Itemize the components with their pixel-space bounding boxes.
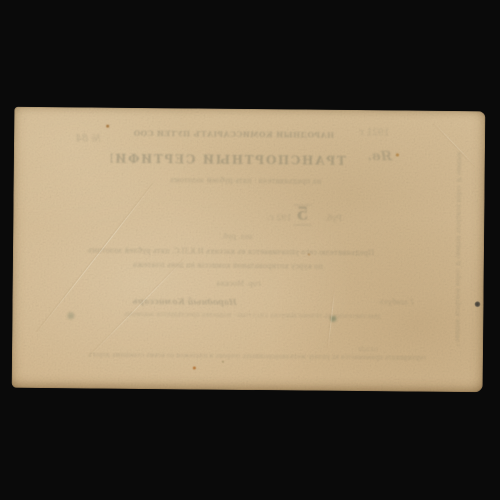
ink-smudge	[67, 312, 74, 319]
photo-stage: № 841921 гЯв.НАРОДНЫЙ КОМИССАРІАТЪ ПУТЕЙ…	[0, 0, 500, 500]
paper-speck	[308, 254, 310, 256]
paper-speck	[396, 153, 399, 156]
pinhole-stain	[474, 301, 480, 307]
crease-line	[434, 123, 476, 167]
paper-speck	[193, 366, 196, 369]
crease-line	[37, 183, 154, 332]
paper-speck	[106, 125, 109, 128]
paper-speck	[222, 361, 224, 363]
artifact-layer	[12, 107, 486, 393]
banknote-paper: № 841921 гЯв.НАРОДНЫЙ КОМИССАРІАТЪ ПУТЕЙ…	[12, 107, 486, 393]
crease-line	[90, 259, 186, 357]
